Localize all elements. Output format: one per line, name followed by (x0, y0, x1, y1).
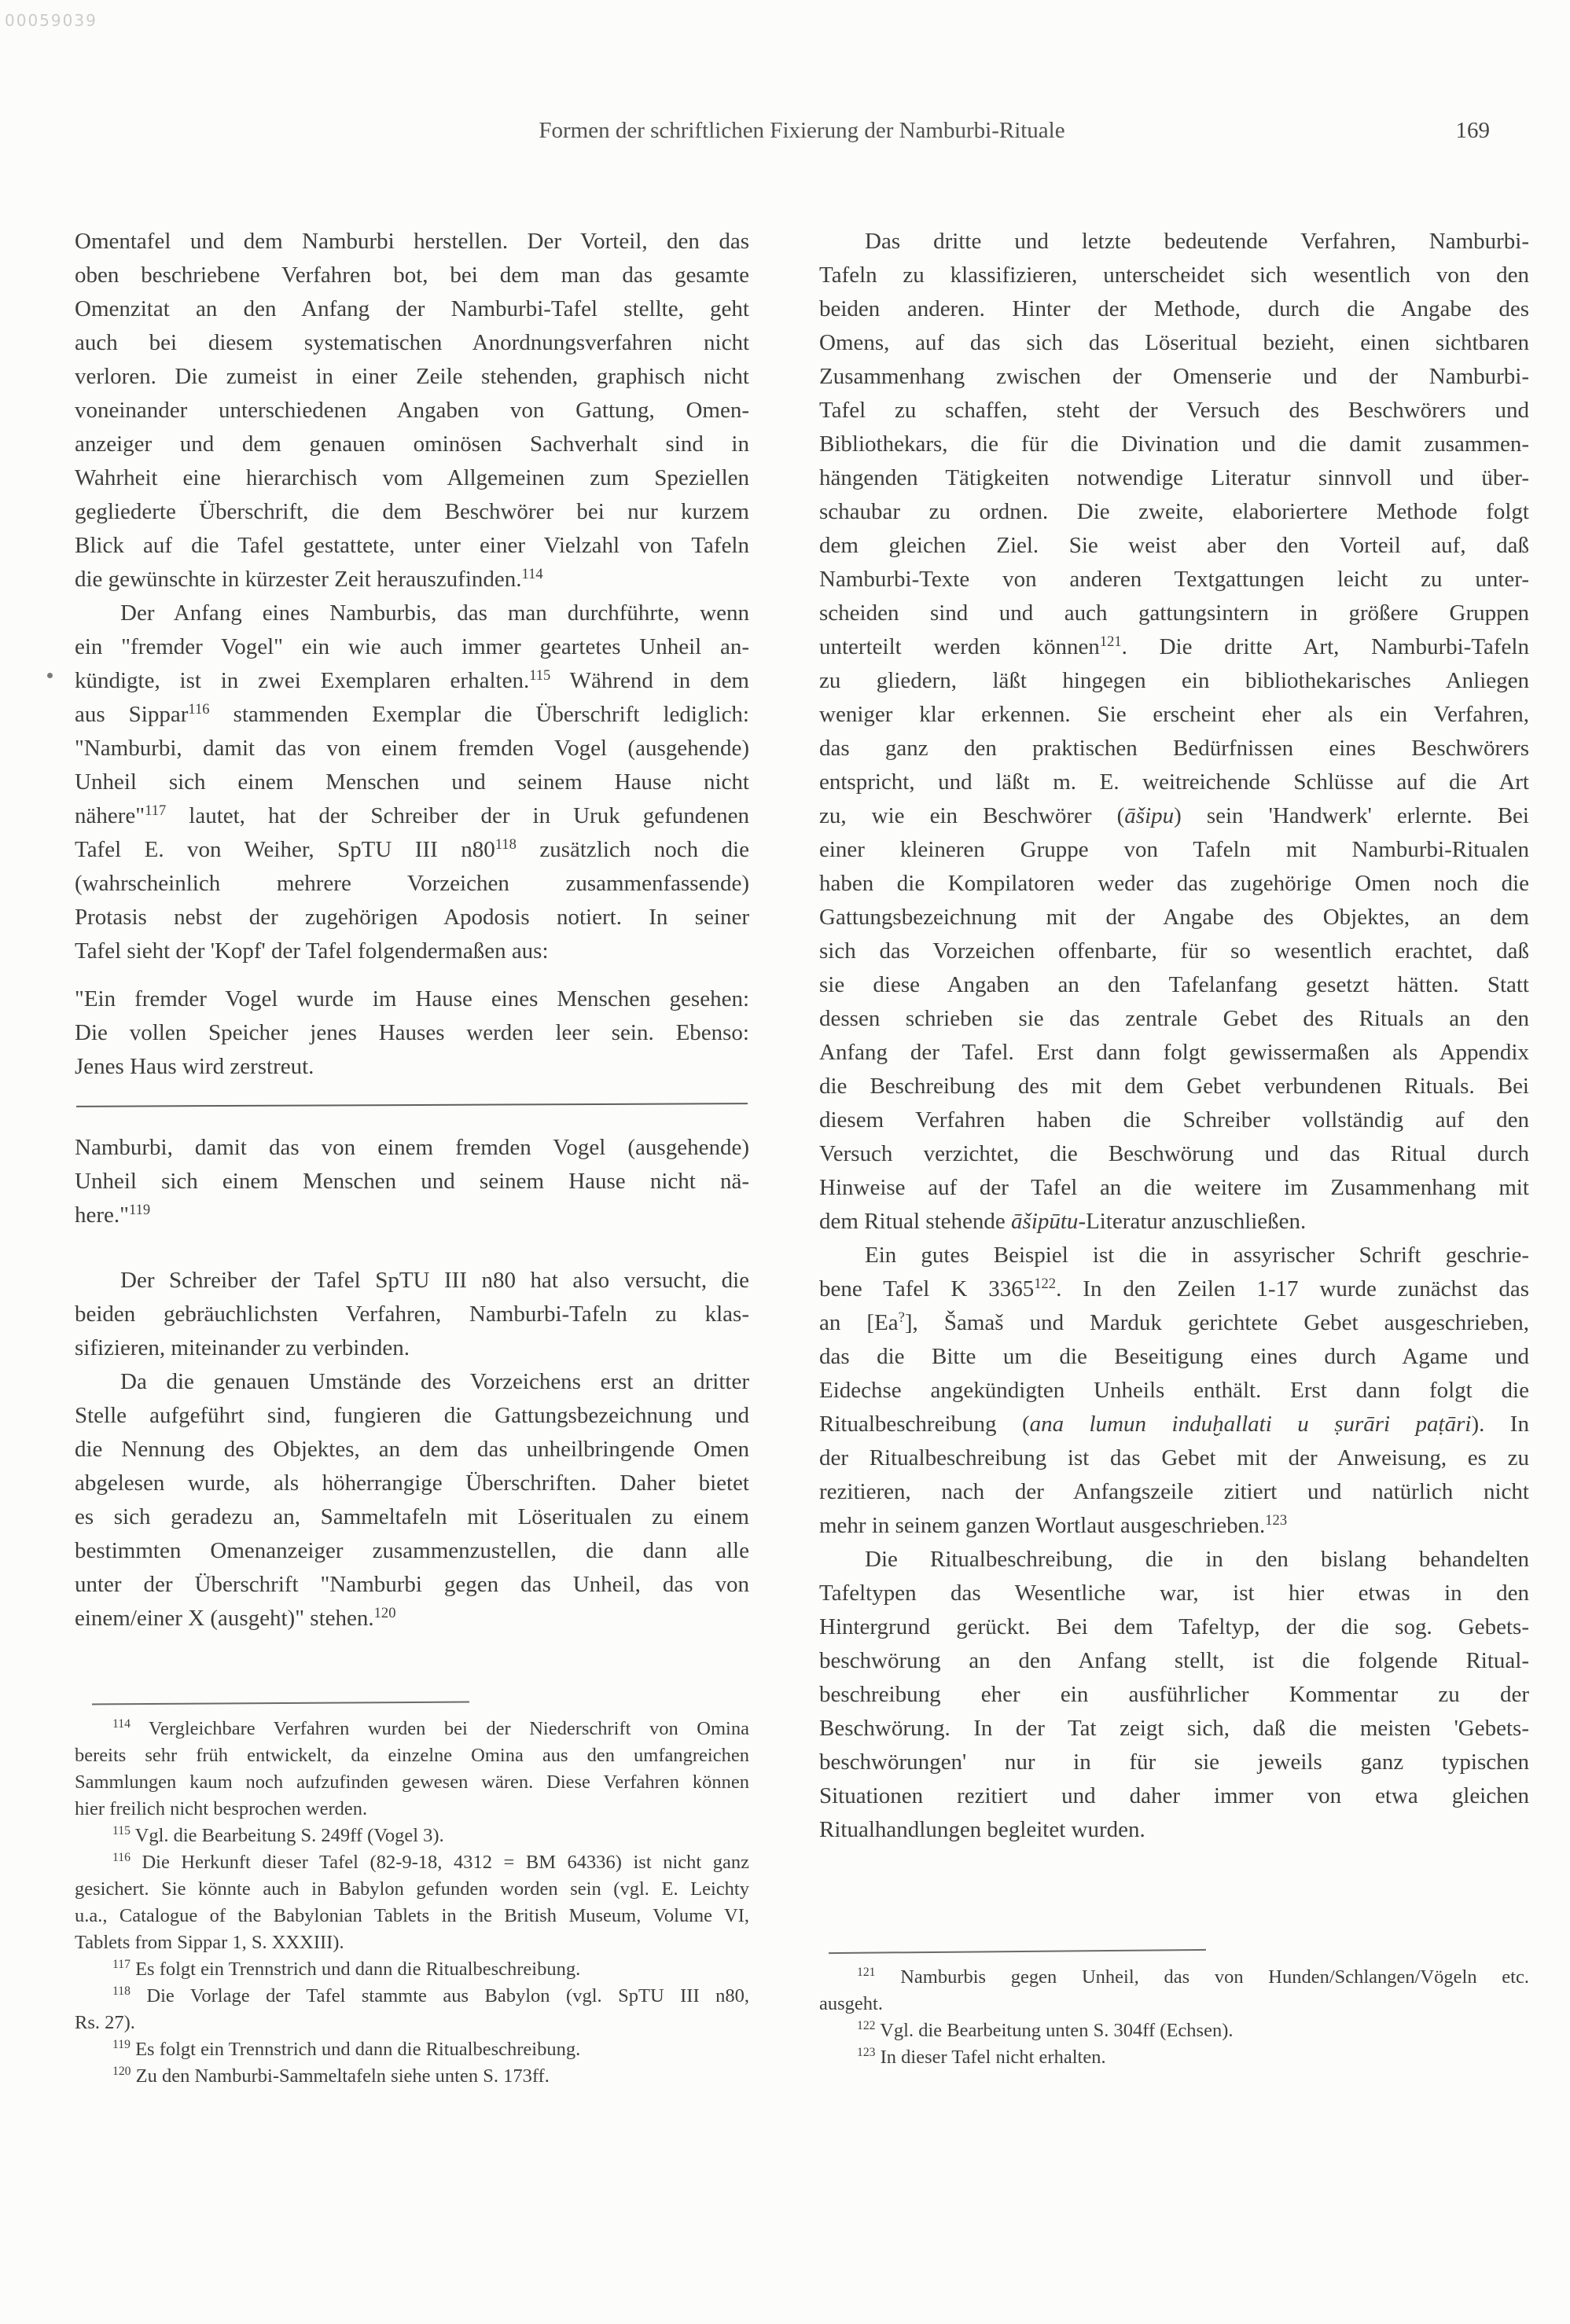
left-column: Omentafel und dem Namburbi herstellen. D… (75, 225, 749, 1636)
text-line: Tafel E. von Weiher, SpTU III n80118 zus… (75, 833, 749, 867)
text-line: zu, wie ein Beschwörer (āšipu) sein 'Han… (819, 799, 1529, 833)
continuation-paragraph: Omentafel und dem Namburbi herstellen. D… (75, 225, 749, 597)
text-line: zu gliedern, läßt hingegen ein bibliothe… (819, 664, 1529, 698)
text-line: Stelle aufgeführt sind, fungieren die Ga… (75, 1399, 749, 1433)
footnote-line: bereits sehr früh entwickelt, da einzeln… (75, 1742, 749, 1769)
beispiel-paragraph: Ein gutes Beispiel ist die in assyrische… (819, 1239, 1529, 1543)
text-line: Ein gutes Beispiel ist die in assyrische… (819, 1239, 1529, 1272)
right-column: Das dritte und letzte bedeutende Verfahr… (819, 225, 1529, 1847)
footnote: 118 Die Vorlage der Tafel stammte aus Ba… (75, 1983, 749, 2036)
ritualbeschreibung-paragraph: Die Ritualbeschreibung, die in den bisla… (819, 1543, 1529, 1847)
footnote-line: Rs. 27). (75, 2010, 749, 2036)
text-line: unterteilt werden können121. Die dritte … (819, 630, 1529, 664)
text-line: Da die genauen Umstände des Vorzeichens … (75, 1365, 749, 1399)
text-line: scheiden sind und auch gattungsintern in… (819, 597, 1529, 630)
footnote: 114 Vergleichbare Verfahren wurden bei d… (75, 1716, 749, 1823)
text-line: Versuch verzichtet, die Beschwörung und … (819, 1137, 1529, 1171)
text-line: Namburbi-Texte von anderen Textgattungen… (819, 563, 1529, 597)
text-line: der Ritualbeschreibung ist das Gebet mit… (819, 1441, 1529, 1475)
text-line: verloren. Die zumeist in einer Zeile ste… (75, 360, 749, 394)
footnote-line: 121 Namburbis gegen Unheil, das von Hund… (819, 1964, 1529, 1991)
text-line: sie diese Angaben an den Tafelanfang ges… (819, 968, 1529, 1002)
footnote-line: 115 Vgl. die Bearbeitung S. 249ff (Vogel… (75, 1823, 749, 1849)
text-line: Unheil sich einem Menschen und seinem Ha… (75, 765, 749, 799)
footnote-ref: 119 (129, 1202, 150, 1218)
footnote-line: 122 Vgl. die Bearbeitung unten S. 304ff … (819, 2017, 1529, 2044)
text-line: Tafeltypen das Wesentliche war, ist hier… (819, 1577, 1529, 1610)
text-line: Unheil sich einem Menschen und seinem Ha… (75, 1165, 749, 1199)
text-line: Situationen rezitiert und daher immer vo… (819, 1779, 1529, 1813)
footnote: 115 Vgl. die Bearbeitung S. 249ff (Vogel… (75, 1823, 749, 1849)
footnote-ref: 117 (145, 802, 166, 819)
text-line: kündigte, ist in zwei Exemplaren erhalte… (75, 664, 749, 698)
text-line: diesem Verfahren haben die Schreiber vol… (819, 1103, 1529, 1137)
text-line: abgelesen wurde, als höherrangige Übersc… (75, 1467, 749, 1500)
text-line: dem gleichen Ziel. Sie weist aber den Vo… (819, 529, 1529, 563)
text-line: einem/einer X (ausgeht)" stehen.120 (75, 1602, 749, 1636)
text-line: einer kleineren Gruppe von Tafeln mit Na… (819, 833, 1529, 867)
text-line: Tafel sieht der 'Kopf' der Tafel folgend… (75, 934, 749, 968)
text-line: beschreibung eher ein ausführlicher Komm… (819, 1678, 1529, 1712)
text-line: schaubar zu ordnen. Die zweite, elaborie… (819, 495, 1529, 529)
text-line: Anfang der Tafel. Erst dann folgt gewiss… (819, 1036, 1529, 1070)
footnote-ref: ? (899, 1309, 905, 1326)
scanned-book-page: 00059039 Formen der schriftlichen Fixier… (0, 0, 1570, 2324)
text-line: auch bei diesem systematischen Anordnung… (75, 326, 749, 360)
footnote-ref: 116 (188, 701, 209, 718)
text-line: (wahrscheinlich mehrere Vorzeichen zusam… (75, 867, 749, 901)
footnote-ref: 115 (529, 667, 550, 684)
text-line: Die vollen Speicher jenes Hauses werden … (75, 1016, 749, 1050)
omen-quote: "Ein fremder Vogel wurde im Hause eines … (75, 982, 749, 1084)
footnote-line: Tablets from Sippar 1, S. XXXIII). (75, 1929, 749, 1956)
text-line: oben beschriebene Verfahren bot, bei dem… (75, 259, 749, 292)
right-footnotes: 121 Namburbis gegen Unheil, das von Hund… (819, 1951, 1529, 2071)
footnote-number: 115 (112, 1824, 131, 1838)
text-line: hängenden Tätigkeiten notwendige Literat… (819, 461, 1529, 495)
footnote-ref: 120 (374, 1605, 396, 1621)
text-line: Tafel zu schaffen, steht der Versuch des… (819, 394, 1529, 428)
footnote-line: 118 Die Vorlage der Tafel stammte aus Ba… (75, 1983, 749, 2010)
footnote-number: 114 (112, 1717, 131, 1731)
text-line: Hintergrund gerückt. Bei dem Tafeltyp, d… (819, 1610, 1529, 1644)
text-line: sich das Vorzeichen offenbarte, für so w… (819, 934, 1529, 968)
italic-term: ana lumun induḫallati u ṣurāri paṭāri (1030, 1412, 1472, 1437)
footnote-separator-rule (92, 1702, 469, 1705)
text-line: Tafeln zu klassifizieren, unterscheidet … (819, 259, 1529, 292)
left-footnotes: 114 Vergleichbare Verfahren wurden bei d… (75, 1702, 749, 2090)
footnote-line: 116 Die Herkunft dieser Tafel (82-9-18, … (75, 1849, 749, 1876)
text-line: Die Ritualbeschreibung, die in den bisla… (819, 1543, 1529, 1577)
text-line: voneinander unterschiedenen Angaben von … (75, 394, 749, 428)
footnote-number: 121 (857, 1966, 876, 1979)
text-line: Wahrheit eine hierarchisch vom Allgemein… (75, 461, 749, 495)
footnote-line: ausgeht. (819, 1991, 1529, 2017)
footnote-separator-rule (829, 1949, 1206, 1954)
text-line: Protasis nebst der zugehörigen Apodosis … (75, 901, 749, 934)
text-line: es sich geradezu an, Sammeltafeln mit Lö… (75, 1500, 749, 1534)
footnote-number: 120 (112, 2065, 131, 2078)
footnote: 120 Zu den Namburbi-Sammeltafeln siehe u… (75, 2063, 749, 2090)
text-line: Zusammenhang zwischen der Omenserie und … (819, 360, 1529, 394)
text-line: nähere"117 lautet, hat der Schreiber der… (75, 799, 749, 833)
footnote-number: 119 (112, 2038, 131, 2051)
text-line: "Ein fremder Vogel wurde im Hause eines … (75, 982, 749, 1016)
footnote-line: u.a., Catalogue of the Babylonian Tablet… (75, 1903, 749, 1929)
text-line: Omentafel und dem Namburbi herstellen. D… (75, 225, 749, 259)
text-line: bene Tafel K 3365122. In den Zeilen 1-17… (819, 1272, 1529, 1306)
footnote: 122 Vgl. die Bearbeitung unten S. 304ff … (819, 2017, 1529, 2044)
footnote-line: 120 Zu den Namburbi-Sammeltafeln siehe u… (75, 2063, 749, 2090)
text-line: ein "fremder Vogel" ein wie auch immer g… (75, 630, 749, 664)
text-line: bestimmten Omenanzeiger zusammenzustelle… (75, 1534, 749, 1568)
text-line: die Nennung des Objektes, an dem das unh… (75, 1433, 749, 1467)
text-line: Gattungsbezeichnung mit der Angabe des O… (819, 901, 1529, 934)
italic-term: āšipūtu (1011, 1209, 1078, 1234)
text-line: Ritualbeschreibung (ana lumun induḫallat… (819, 1408, 1529, 1441)
footnote: 121 Namburbis gegen Unheil, das von Hund… (819, 1964, 1529, 2017)
footnote-number: 122 (857, 2019, 876, 2032)
umstaende-paragraph: Da die genauen Umstände des Vorzeichens … (75, 1365, 749, 1636)
page-header: Formen der schriftlichen Fixierung der N… (75, 118, 1529, 152)
text-line: Ritualhandlungen begleitet wurden. (819, 1813, 1529, 1847)
footnote-ref: 121 (1100, 633, 1122, 650)
text-line: Der Anfang eines Namburbis, das man durc… (75, 597, 749, 630)
text-line: Eidechse angekündigten Unheils enthält. … (819, 1374, 1529, 1408)
text-line: mehr in seinem ganzen Wortlaut ausgeschr… (819, 1509, 1529, 1543)
scan-speck (47, 673, 53, 678)
footnote-line: 123 In dieser Tafel nicht erhalten. (819, 2044, 1529, 2071)
text-line: Das dritte und letzte bedeutende Verfahr… (819, 225, 1529, 259)
text-line: aus Sippar116 stammenden Exemplar die Üb… (75, 698, 749, 732)
text-line: Beschwörung. In der Tat zeigt sich, daß … (819, 1712, 1529, 1746)
schreiber-paragraph: Der Schreiber der Tafel SpTU III n80 hat… (75, 1264, 749, 1365)
running-header-title: Formen der schriftlichen Fixierung der N… (75, 118, 1529, 144)
text-line: die Beschreibung des mit dem Gebet verbu… (819, 1070, 1529, 1103)
footnote-line: Sammlungen kaum noch aufzufinden gewesen… (75, 1769, 749, 1796)
anfang-namburbi-paragraph: Der Anfang eines Namburbis, das man durc… (75, 597, 749, 968)
footnote-number: 117 (112, 1958, 131, 1971)
italic-term: āšipu (1124, 803, 1174, 828)
text-line: anzeiger und dem genauen ominösen Sachve… (75, 428, 749, 461)
footnote: 117 Es folgt ein Trennstrich und dann di… (75, 1956, 749, 1983)
text-line: Der Schreiber der Tafel SpTU III n80 hat… (75, 1264, 749, 1298)
footnote-line: 117 Es folgt ein Trennstrich und dann di… (75, 1956, 749, 1983)
text-line: unter der Überschrift "Namburbi gegen da… (75, 1568, 749, 1602)
footnote: 116 Die Herkunft dieser Tafel (82-9-18, … (75, 1849, 749, 1956)
text-line: haben die Kompilatoren weder das zugehör… (819, 867, 1529, 901)
text-line: an [Ea?], Šamaš und Marduk gerichtete Ge… (819, 1306, 1529, 1340)
quote-separator-rule (76, 1103, 748, 1107)
drittes-verfahren-paragraph: Das dritte und letzte bedeutende Verfahr… (819, 225, 1529, 1239)
footnote: 123 In dieser Tafel nicht erhalten. (819, 2044, 1529, 2071)
footnote-line: gesichert. Sie könnte auch in Babylon ge… (75, 1876, 749, 1903)
text-line: sifizieren, miteinander zu verbinden. (75, 1331, 749, 1365)
text-line: dessen schrieben sie das zentrale Gebet … (819, 1002, 1529, 1036)
text-line: beiden anderen. Hinter der Methode, durc… (819, 292, 1529, 326)
page-number: 169 (1456, 118, 1491, 144)
text-line: Bibliothekars, die für die Divination un… (819, 428, 1529, 461)
footnote: 119 Es folgt ein Trennstrich und dann di… (75, 2036, 749, 2063)
text-line: here."119 (75, 1199, 749, 1232)
text-line: beschwörungen' nur in für sie jeweils ga… (819, 1746, 1529, 1779)
footnote-line: 114 Vergleichbare Verfahren wurden bei d… (75, 1716, 749, 1742)
text-line: gegliederte Überschrift, die dem Beschwö… (75, 495, 749, 529)
text-line: Namburbi, damit das von einem fremden Vo… (75, 1131, 749, 1165)
text-line: Omenzitat an den Anfang der Namburbi-Taf… (75, 292, 749, 326)
footnote-ref: 114 (522, 566, 543, 582)
namburbi-quote: Namburbi, damit das von einem fremden Vo… (75, 1131, 749, 1232)
text-line: weniger klar erkennen. Sie erscheint ehe… (819, 698, 1529, 732)
text-line: das ganz den praktischen Bedürfnissen ei… (819, 732, 1529, 765)
text-line: Jenes Haus wird zerstreut. (75, 1050, 749, 1084)
text-line: rezitieren, nach der Anfangszeile zitier… (819, 1475, 1529, 1509)
text-line: Hinweise auf der Tafel an die weitere im… (819, 1171, 1529, 1205)
text-line: Omens, auf das sich das Löseritual bezie… (819, 326, 1529, 360)
footnote-line: 119 Es folgt ein Trennstrich und dann di… (75, 2036, 749, 2063)
text-line: entspricht, und läßt m. E. weitreichende… (819, 765, 1529, 799)
text-line: Blick auf die Tafel gestattete, unter ei… (75, 529, 749, 563)
text-line: die gewünschte in kürzester Zeit herausz… (75, 563, 749, 597)
footnote-line: hier freilich nicht besprochen werden. (75, 1796, 749, 1823)
footnote-ref: 123 (1265, 1512, 1287, 1529)
text-line: beiden gebräuchlichsten Verfahren, Nambu… (75, 1298, 749, 1331)
scan-id-stamp: 00059039 (5, 11, 97, 30)
text-line: beschwörung an den Anfang stellt, ist di… (819, 1644, 1529, 1678)
footnote-number: 116 (112, 1851, 131, 1864)
text-line: dem Ritual stehende āšipūtu-Literatur an… (819, 1205, 1529, 1239)
text-line: "Namburbi, damit das von einem fremden V… (75, 732, 749, 765)
footnote-number: 118 (112, 1984, 131, 1998)
text-line: das die Bitte um die Beseitigung eines d… (819, 1340, 1529, 1374)
footnote-number: 123 (857, 2046, 876, 2059)
footnote-ref: 122 (1034, 1276, 1056, 1292)
footnote-ref: 118 (495, 836, 517, 853)
